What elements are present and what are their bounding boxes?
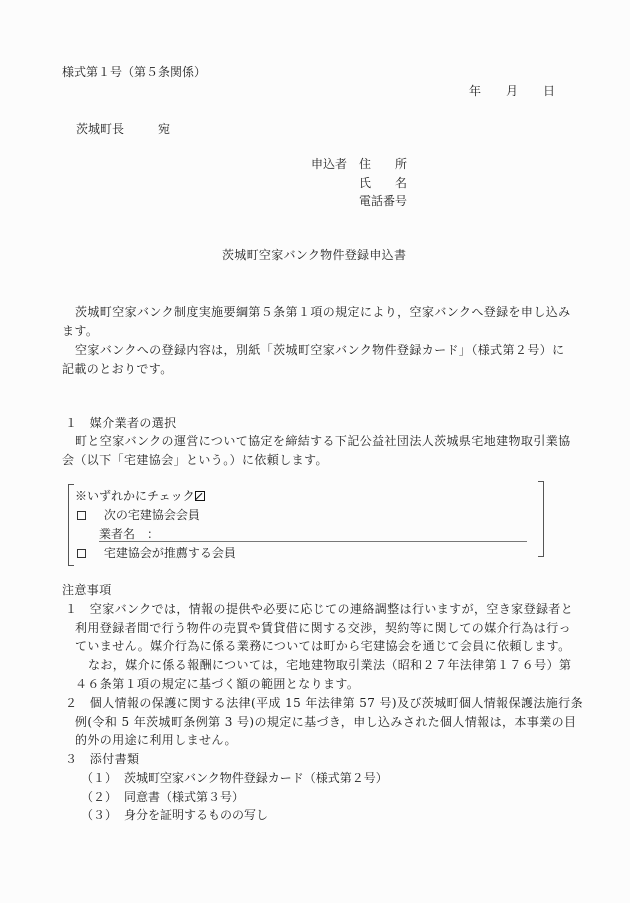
option-recommended[interactable]: 宅建協会が推薦する会員 <box>77 547 236 559</box>
form-number: 様式第１号（第５条関係） <box>62 66 206 78</box>
checked-box-icon <box>195 491 205 501</box>
company-name-label: 業者名 ： <box>99 528 159 540</box>
selection-instruction-text: ※いずれかにチェック <box>75 489 195 503</box>
body-para1-line2: ます。 <box>62 325 98 337</box>
applicant-address-label: 住 所 <box>359 158 407 170</box>
notes-heading: 注意事項 <box>62 584 112 596</box>
option-recommended-label: 宅建協会が推薦する会員 <box>104 546 236 560</box>
date-month-label: 月 <box>506 85 518 97</box>
option-recommended-checkbox[interactable] <box>77 549 86 558</box>
date-year-label: 年 <box>469 85 481 97</box>
date-day-label: 日 <box>543 85 555 97</box>
note3-heading: ３ 添付書類 <box>65 753 139 765</box>
applicant-phone-label: 電話番号 <box>359 195 407 207</box>
body-para1-line1: 茨城町空家バンク制度実施要綱第５条第１項の規定により，空家バンクへ登録を申し込み <box>75 306 571 318</box>
attachment-3-num: （３） <box>81 809 117 821</box>
section1-text-line1: 町と空家バンクの運営について協定を締結する下記公益社団法人茨城県宅地建物取引業協 <box>75 435 571 447</box>
note1-line4: なお，媒介に係る報酬については，宅地建物取引業法（昭和２７年法律第１７６号）第 <box>88 659 571 671</box>
body-para2-line1: 空家バンクへの登録内容は，別紙「茨城町空家バンク物件登録カード」（様式第２号）に <box>75 344 565 356</box>
company-name-underline <box>99 541 527 542</box>
addressee-name: 茨城町長 <box>76 123 124 135</box>
note1-line5: ４６条第１項の規定に基づく額の範囲となります。 <box>75 678 359 690</box>
section1-text-line2: 会（以下「宅建協会」という。）に依頼します。 <box>62 454 328 466</box>
attachment-2-label: 同意書（様式第３号） <box>124 791 244 803</box>
applicant-label: 申込者 <box>311 158 347 170</box>
company-name-field[interactable] <box>175 528 525 540</box>
selection-box-left-bracket <box>68 484 74 566</box>
option-member-checkbox[interactable] <box>77 511 86 520</box>
note1-line3: ていません。媒介行為に係る業務については町から宅建協会を通じて会員に依頼します。 <box>75 640 571 652</box>
note2-line2: 例(令和 5 年茨城町条例第 3 号)の規定に基づき，申し込みされた個人情報は，… <box>75 716 576 728</box>
note1-line1: １ 空家バンクでは，情報の提供や必要に応じての連絡調整は行いますが，空き家登録者… <box>65 603 573 615</box>
section1-heading: １ 媒介業者の選択 <box>65 417 177 429</box>
option-member-label: 次の宅建協会会員 <box>104 508 200 522</box>
applicant-name-label: 氏 名 <box>359 177 407 189</box>
body-para2-line2: 記載のとおりです。 <box>62 363 173 375</box>
selection-box-right-bracket <box>538 481 544 557</box>
option-member[interactable]: 次の宅建協会会員 <box>77 509 200 521</box>
note1-line2: 利用登録者間で行う物件の売買や賃貸借に関する交渉，契約等に関しての媒介行為は行っ <box>75 622 571 634</box>
document-title: 茨城町空家バンク物件登録申込書 <box>222 249 406 261</box>
note2-line1: ２ 個人情報の保護に関する法律(平成 15 年法律第 57 号)及び茨城町個人情… <box>65 697 583 709</box>
attachment-1-label: 茨城町空家バンク物件登録カード（様式第２号） <box>124 772 388 784</box>
addressee-suffix: 宛 <box>158 123 170 135</box>
attachment-1-num: （１） <box>81 772 117 784</box>
selection-instruction: ※いずれかにチェック <box>75 490 205 502</box>
attachment-3-label: 身分を証明するものの写し <box>124 809 268 821</box>
attachment-2-num: （２） <box>81 791 117 803</box>
note2-line3: 的外の用途に利用しません。 <box>75 734 237 746</box>
